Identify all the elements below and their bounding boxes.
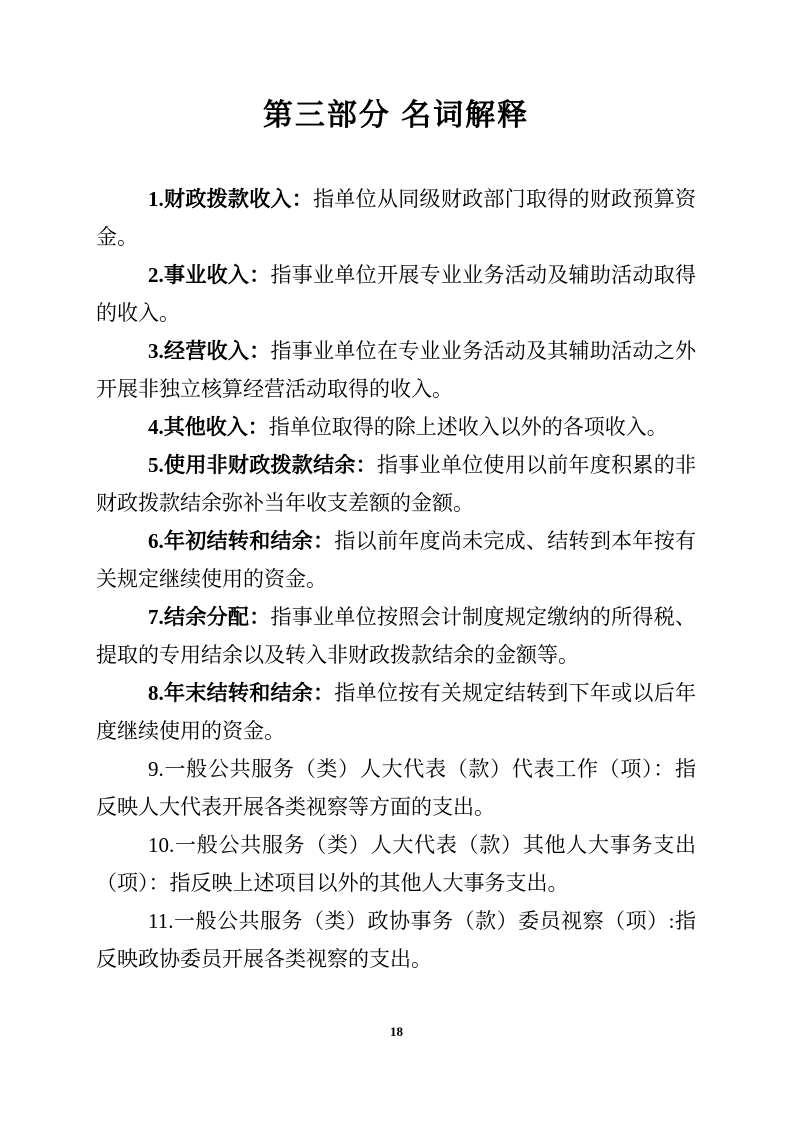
definition-paragraph-10: 10.一般公共服务（类）人大代表（款）其他人大事务支出（项）：指反映上述项目以外… [96, 826, 696, 902]
definition-paragraph-8: 8.年末结转和结余：指单位按有关规定结转到下年或以后年度继续使用的资金。 [96, 674, 696, 750]
term-label: 6.年初结转和结余： [148, 529, 334, 553]
term-definition: 指单位取得的除上述收入以外的各项收入。 [269, 415, 668, 439]
term-label: 4.其他收入： [148, 415, 269, 439]
definitions-list: 1.财政拨款收入：指单位从同级财政部门取得的财政预算资金。 2.事业收入：指事业… [96, 180, 696, 978]
definition-paragraph-6: 6.年初结转和结余：指以前年度尚未完成、结转到本年按有关规定继续使用的资金。 [96, 522, 696, 598]
page-number: 18 [0, 1024, 793, 1040]
page-title: 第三部分 名词解释 [96, 96, 696, 136]
term-label: 9.一般公共服务（类）人大代表（款）代表工作（项）： [148, 757, 675, 781]
term-label: 3.经营收入： [148, 339, 271, 363]
definition-paragraph-2: 2.事业收入：指事业单位开展专业业务活动及辅助活动取得的收入。 [96, 256, 696, 332]
term-definition: 指反映上述项目以外的其他人大事务支出。 [170, 871, 569, 895]
term-label: 8.年末结转和结余： [148, 681, 334, 705]
definition-paragraph-5: 5.使用非财政拨款结余：指事业单位使用以前年度积累的非财政拨款结余弥补当年收支差… [96, 446, 696, 522]
term-label: 7.结余分配： [148, 605, 271, 629]
term-label: 1.财政拨款收入： [148, 187, 313, 211]
term-label: 2.事业收入： [148, 263, 271, 287]
definition-paragraph-3: 3.经营收入：指事业单位在专业业务活动及其辅助活动之外开展非独立核算经营活动取得… [96, 332, 696, 408]
term-label: 11.一般公共服务（类）政协事务（款）委员视察（项）: [148, 909, 674, 933]
document-page: 第三部分 名词解释 1.财政拨款收入：指单位从同级财政部门取得的财政预算资金。 … [0, 0, 793, 1122]
definition-paragraph-4: 4.其他收入：指单位取得的除上述收入以外的各项收入。 [96, 408, 696, 446]
definition-paragraph-1: 1.财政拨款收入：指单位从同级财政部门取得的财政预算资金。 [96, 180, 696, 256]
definition-paragraph-7: 7.结余分配：指事业单位按照会计制度规定缴纳的所得税、提取的专用结余以及转入非财… [96, 598, 696, 674]
definition-paragraph-11: 11.一般公共服务（类）政协事务（款）委员视察（项）:指反映政协委员开展各类视察… [96, 902, 696, 978]
definition-paragraph-9: 9.一般公共服务（类）人大代表（款）代表工作（项）：指反映人大代表开展各类视察等… [96, 750, 696, 826]
term-label: 5.使用非财政拨款结余： [148, 453, 377, 477]
